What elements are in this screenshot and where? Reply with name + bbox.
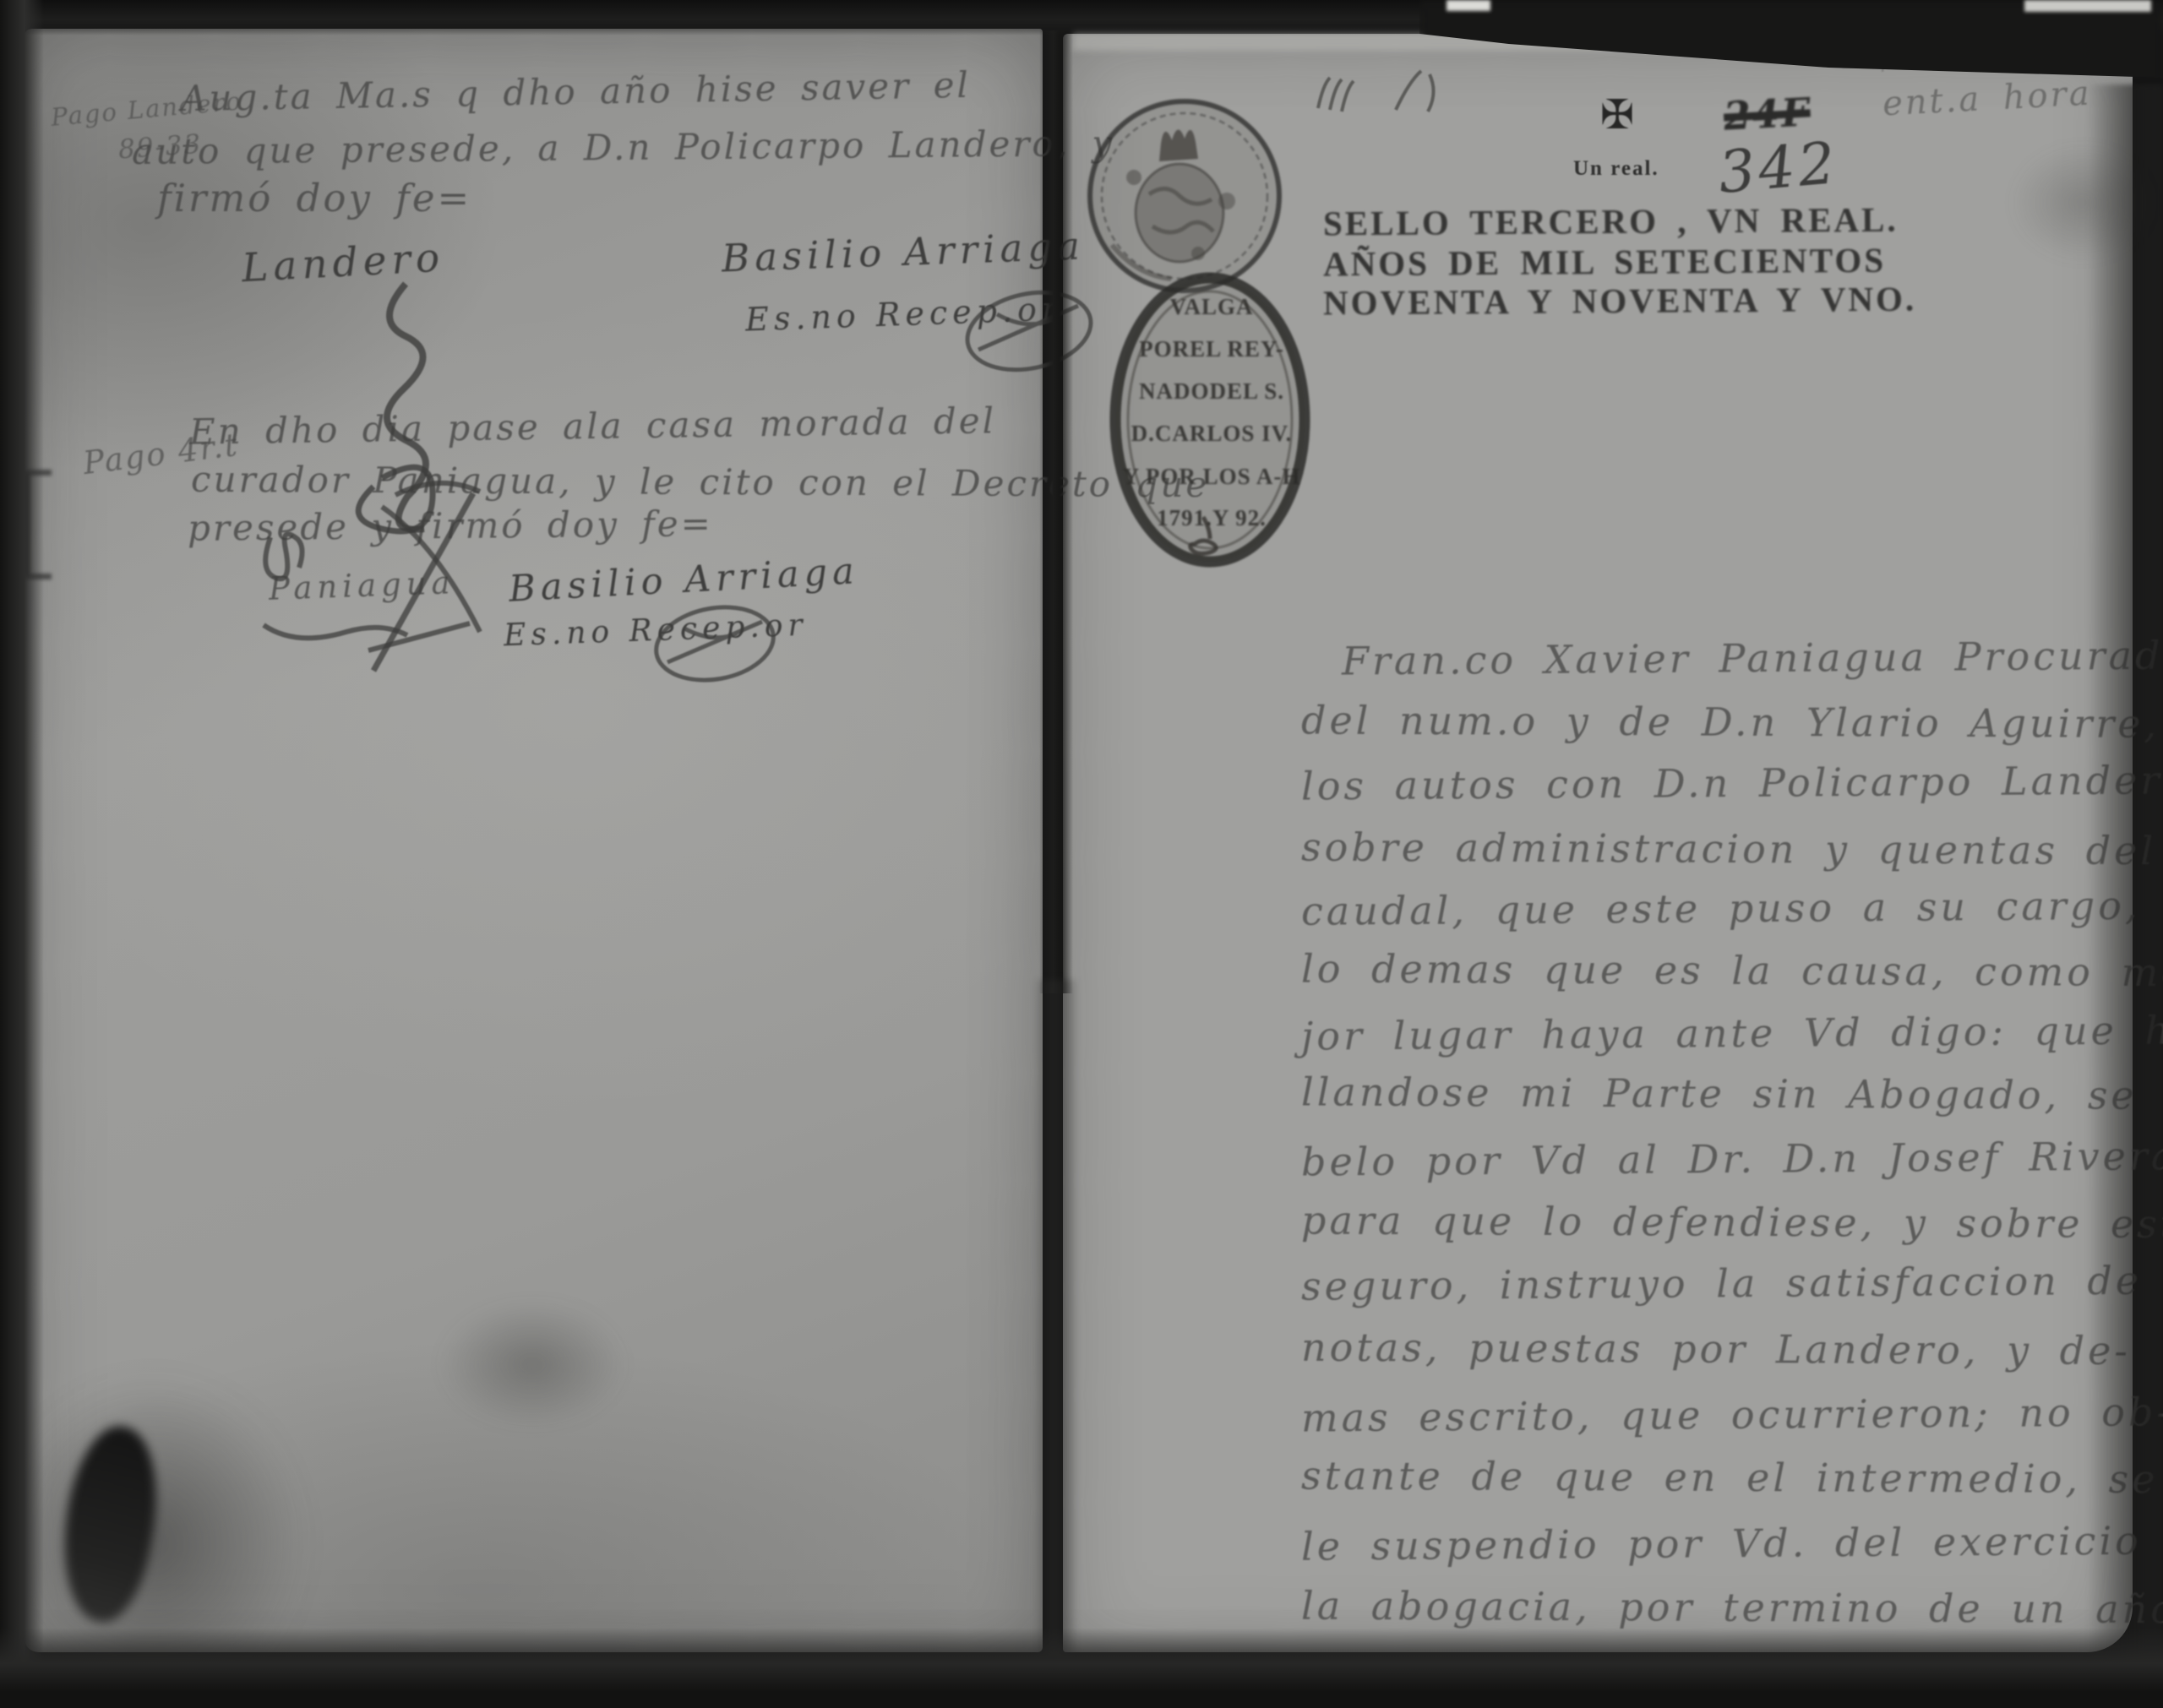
body-line: lo demas que es la causa, como me- (1301, 946, 2163, 996)
oval-stamp-line2: POREL REY- (1117, 336, 1306, 362)
entry1-line2: auto que presede, a D.n Policarpo Lander… (132, 122, 1115, 172)
body-line: del num.o y de D.n Ylario Aguirre, en (1301, 698, 2163, 748)
body-line: llandose mi Parte sin Abogado, se con- (1301, 1069, 2163, 1119)
oval-stamp-line4: D.CARLOS IV. (1117, 421, 1306, 447)
body-line: jor lugar haya ante Vd digo: que ha- (1301, 1007, 2163, 1059)
seal-text-line1: SELLO TERCERO , VN REAL. (1323, 199, 1899, 244)
body-line: belo por Vd al Dr. D.n Josef Rivera (1301, 1133, 2163, 1184)
oval-stamp-line5: Y POR LOS A-H (1117, 464, 1306, 490)
scanned-document: Pago Landero 89-33 Aug.ta Ma.s q dho año… (0, 0, 2163, 1708)
body-line: seguro, instruyo la satisfaccion de las (1301, 1257, 2163, 1309)
body-line: mas escrito, que ocurrieron; no ob- (1301, 1389, 2163, 1440)
entry2-line2: curador Paniagua, y le cito con el Decre… (191, 459, 1209, 505)
entry1-line3: firmó doy fe= (157, 176, 471, 220)
body-line: notas, puestas por Landero, y de- (1301, 1325, 2131, 1373)
body-line: le suspendio por Vd. del exercicio de (1301, 1517, 2163, 1569)
entry2-line3: presede y firmó doy fe= (188, 503, 713, 548)
body-line: sobre administracion y quentas del (1301, 824, 2156, 873)
oval-stamp-line6: 1791.Y 92. (1117, 505, 1306, 531)
top-white-sliver (1447, 0, 1490, 11)
maltese-cross-icon: ✠ (1600, 91, 1634, 139)
body-line: los autos con D.n Policarpo Landero (1301, 757, 2163, 808)
fee-label: Un real. (1573, 157, 1659, 181)
signature-paniagua: Paniagua (268, 564, 455, 607)
crossed-out-mark: 24F (1723, 89, 1812, 139)
body-line: la abogacia, por termino de un año (1301, 1583, 2163, 1633)
top-right-white-sliver (2024, 0, 2151, 12)
body-line: Fran.co Xavier Paniagua Procurador (1342, 632, 2163, 683)
seal-text-line2: AÑOS DE MIL SETECIENTOS (1323, 240, 1886, 285)
folio-number: 342 (1716, 130, 1841, 207)
oval-stamp-line3: NADODEL S. (1117, 378, 1306, 405)
oval-stamp-line1: VALGA (1117, 294, 1306, 320)
body-line: stante de que en el intermedio, se (1301, 1453, 2159, 1502)
body-line: caudal, que este puso a su cargo, con (1301, 882, 2163, 934)
seal-text-line3: NOVENTA Y NOVENTA Y VNO. (1323, 279, 1917, 324)
body-line: para que lo defendiese, y sobre este (1301, 1198, 2163, 1248)
